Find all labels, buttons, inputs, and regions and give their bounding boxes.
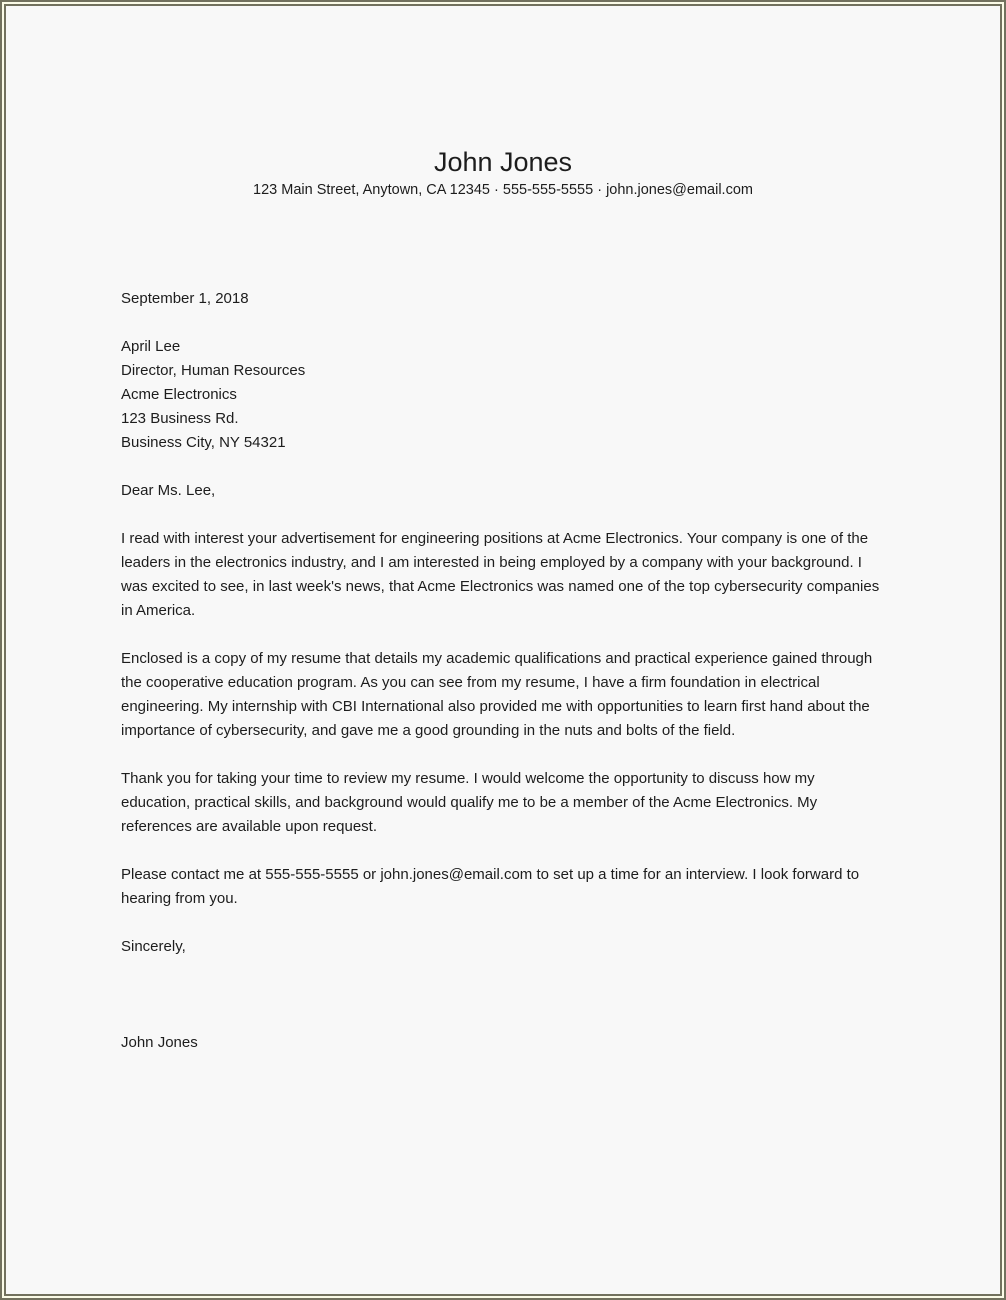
letter-page: John Jones 123 Main Street, Anytown, CA …: [0, 0, 1006, 1300]
recipient-street: 123 Business Rd.: [121, 407, 886, 431]
recipient-title: Director, Human Resources: [121, 359, 886, 383]
sender-contact-line: 123 Main Street, Anytown, CA 12345 · 555…: [6, 180, 1000, 201]
letter-body: September 1, 2018 April Lee Director, Hu…: [121, 287, 886, 1055]
recipient-address-block: April Lee Director, Human Resources Acme…: [121, 335, 886, 455]
recipient-name: April Lee: [121, 335, 886, 359]
body-paragraph-4: Please contact me at 555-555-5555 or joh…: [121, 863, 886, 911]
body-paragraph-3: Thank you for taking your time to review…: [121, 767, 886, 839]
salutation: Dear Ms. Lee,: [121, 479, 886, 503]
recipient-company: Acme Electronics: [121, 383, 886, 407]
sender-name: John Jones: [6, 146, 1000, 178]
letter-date: September 1, 2018: [121, 287, 886, 311]
letter-page-inner: John Jones 123 Main Street, Anytown, CA …: [4, 4, 1002, 1296]
signature-name: John Jones: [121, 1031, 886, 1055]
closing: Sincerely,: [121, 935, 886, 959]
recipient-city: Business City, NY 54321: [121, 431, 886, 455]
body-paragraph-1: I read with interest your advertisement …: [121, 527, 886, 623]
letter-header: John Jones 123 Main Street, Anytown, CA …: [6, 6, 1000, 201]
body-paragraph-2: Enclosed is a copy of my resume that det…: [121, 647, 886, 743]
